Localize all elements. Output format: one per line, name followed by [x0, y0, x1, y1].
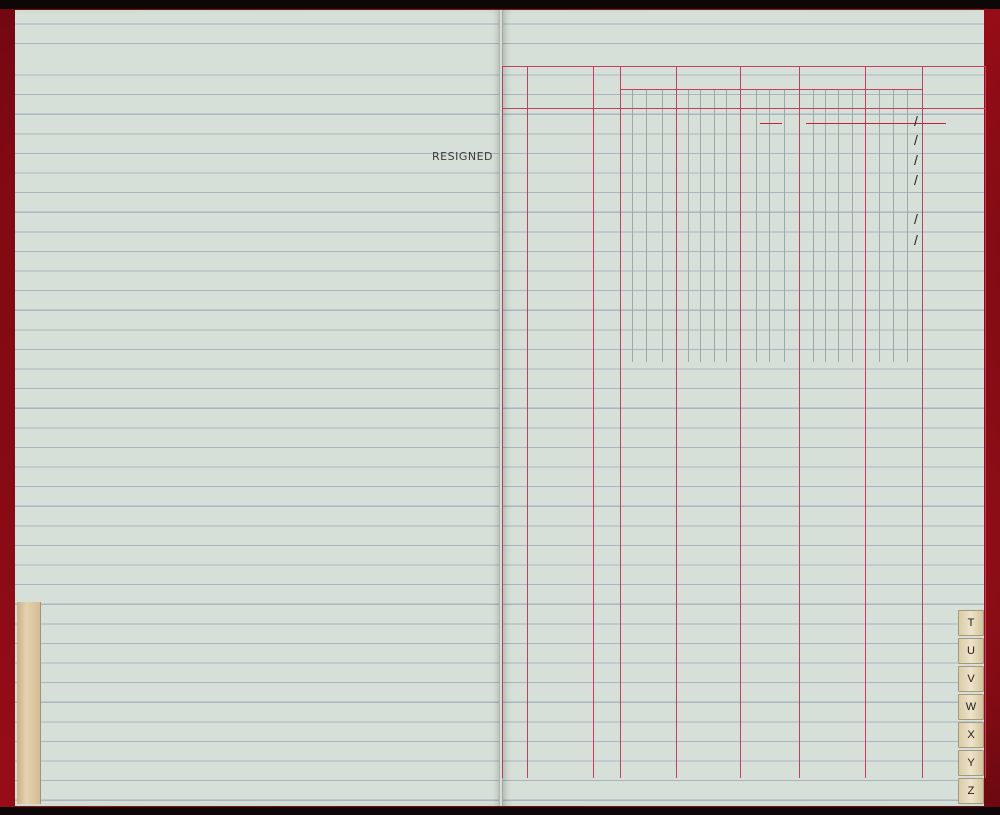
red-column-rule	[799, 66, 800, 778]
date-column-rule	[838, 89, 839, 362]
date-column-rule	[852, 89, 853, 362]
teagle-line	[760, 123, 782, 124]
red-column-rule	[676, 66, 677, 778]
date-column-rule	[726, 89, 727, 362]
left-index-tab-strip	[17, 602, 41, 804]
date-column-rule	[662, 89, 663, 362]
header-bottom-rule	[502, 108, 985, 109]
index-tab-z[interactable]: Z	[958, 778, 984, 804]
left-page	[15, 10, 501, 806]
total-slash: /	[914, 232, 918, 248]
index-tab-v[interactable]: V	[958, 666, 984, 692]
date-column-rule	[907, 89, 908, 362]
bottom-edge	[0, 807, 1000, 815]
index-tab-w[interactable]: W	[958, 694, 984, 720]
date-column-rule	[825, 89, 826, 362]
date-column-rule	[879, 89, 880, 362]
red-column-rule	[922, 66, 923, 778]
header-mid-rule	[620, 89, 922, 90]
red-column-rule	[620, 66, 621, 778]
red-column-rule	[740, 66, 741, 778]
top-edge	[0, 0, 1000, 9]
total-slash: /	[914, 152, 918, 168]
right-page	[502, 10, 984, 806]
date-column-rule	[714, 89, 715, 362]
index-tab-u[interactable]: U	[958, 638, 984, 664]
date-column-rule	[769, 89, 770, 362]
red-column-rule	[502, 66, 503, 778]
date-column-rule	[688, 89, 689, 362]
date-column-rule	[784, 89, 785, 362]
date-column-rule	[756, 89, 757, 362]
total-slash: /	[914, 132, 918, 148]
date-column-rule	[813, 89, 814, 362]
resigned-note: RESIGNED	[432, 150, 493, 163]
header-top-rule	[502, 66, 985, 67]
index-tab-x[interactable]: X	[958, 722, 984, 748]
red-column-rule	[593, 66, 594, 778]
date-column-rule	[893, 89, 894, 362]
red-column-rule	[985, 66, 986, 778]
total-slash: /	[914, 172, 918, 188]
date-column-rule	[632, 89, 633, 362]
date-column-rule	[646, 89, 647, 362]
date-column-rule	[700, 89, 701, 362]
index-tab-y[interactable]: Y	[958, 750, 984, 776]
total-slash: /	[914, 211, 918, 227]
red-column-rule	[527, 66, 528, 778]
red-column-rule	[865, 66, 866, 778]
index-tab-t[interactable]: T	[958, 610, 984, 636]
teagle-arrow-line	[806, 123, 946, 124]
total-slash: /	[914, 113, 918, 129]
